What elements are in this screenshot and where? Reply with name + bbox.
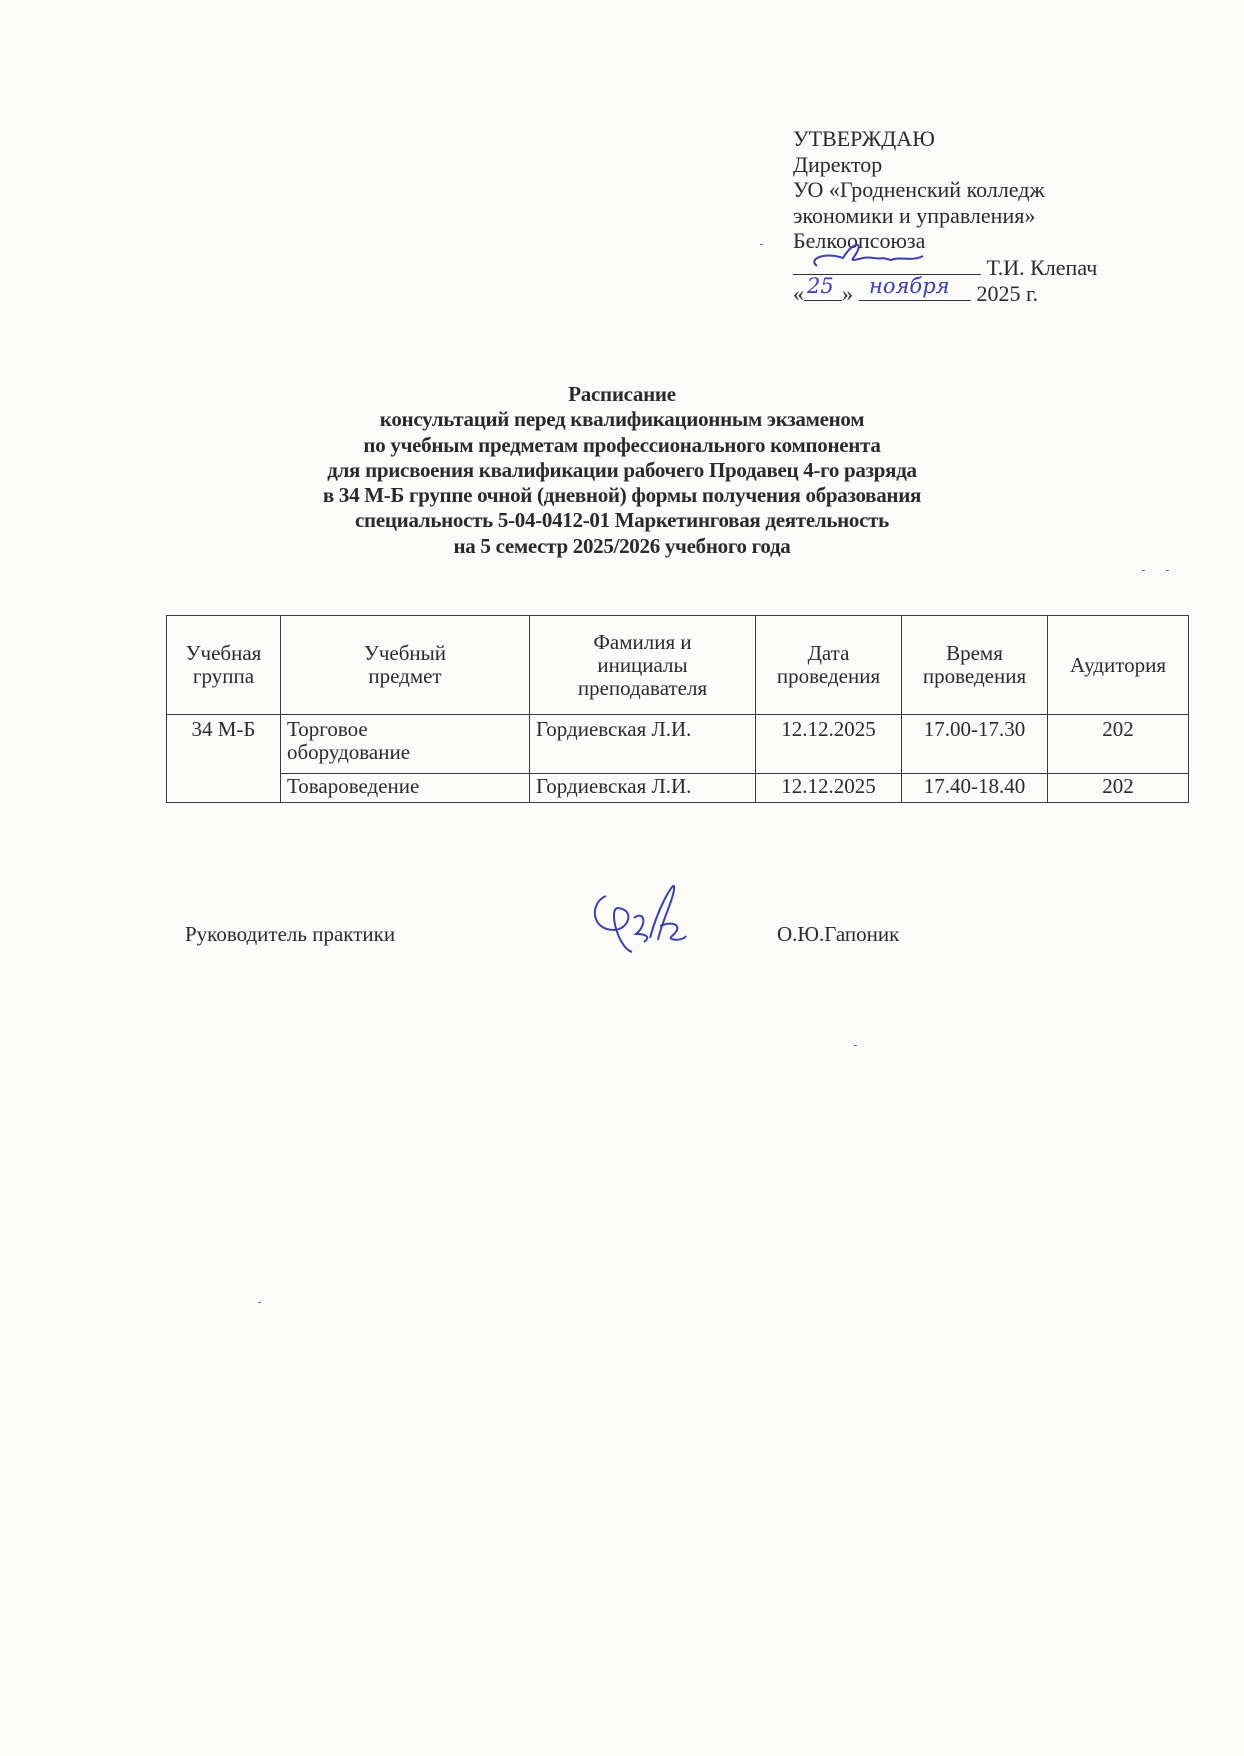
header-text: проведения — [762, 665, 895, 688]
title-line-2: консультаций перед квалификационным экза… — [0, 407, 1244, 432]
month-blank: ноября — [859, 280, 971, 301]
footer-name: О.Ю.Гапоник — [777, 922, 899, 947]
header-text: инициалы — [536, 654, 749, 677]
header-date: Дата проведения — [756, 616, 902, 715]
table-header-row: Учебная группа Учебный предмет Фамилия и… — [167, 616, 1189, 715]
cell-room: 202 — [1048, 774, 1189, 803]
day-blank: 25 — [804, 280, 842, 301]
cell-room: 202 — [1048, 715, 1189, 774]
approval-org-line-2: экономики и управления» — [793, 203, 1097, 229]
title-line-1: Расписание — [0, 382, 1244, 407]
header-text: Дата — [762, 642, 895, 665]
footer-role: Руководитель практики — [185, 922, 395, 947]
header-teacher: Фамилия и инициалы преподавателя — [530, 616, 756, 715]
header-text: Фамилия и — [536, 631, 749, 654]
cell-subject: Торговое оборудование — [281, 715, 530, 774]
signature-blank — [793, 254, 981, 275]
approval-org-line-1: УО «Гродненский колледж — [793, 177, 1097, 203]
date-month-handwritten: ноября — [869, 274, 950, 300]
approval-heading: УТВЕРЖДАЮ — [793, 126, 1097, 152]
cell-time: 17.40-18.40 — [902, 774, 1048, 803]
title-line-3: по учебным предметам профессионального к… — [0, 433, 1244, 458]
document-title: Расписание консультаций перед квалификац… — [0, 382, 1244, 559]
schedule-table: Учебная группа Учебный предмет Фамилия и… — [166, 615, 1189, 803]
cell-group: 34 М-Б — [167, 715, 281, 803]
cell-date: 12.12.2025 — [756, 715, 902, 774]
header-text: преподавателя — [536, 677, 749, 700]
scan-speck — [760, 244, 763, 245]
title-line-7: на 5 семестр 2025/2026 учебного года — [0, 534, 1244, 559]
supervisor-signature-icon — [588, 878, 698, 958]
table-row: Товароведение Гордиевская Л.И. 12.12.202… — [167, 774, 1189, 803]
title-line-6: специальность 5-04-0412-01 Маркетинговая… — [0, 508, 1244, 533]
approval-block: УТВЕРЖДАЮ Директор УО «Гродненский колле… — [793, 126, 1097, 307]
close-quote: » — [842, 281, 853, 306]
header-text: Время — [908, 642, 1041, 665]
scan-speck — [854, 1045, 857, 1046]
scan-speck — [258, 1302, 261, 1303]
header-text: Учебная — [173, 642, 274, 665]
cell-teacher: Гордиевская Л.И. — [530, 774, 756, 803]
cell-date: 12.12.2025 — [756, 774, 902, 803]
cell-time: 17.00-17.30 — [902, 715, 1048, 774]
header-text: Учебный — [287, 642, 523, 665]
title-line-4: для присвоения квалификации рабочего Про… — [0, 458, 1244, 483]
header-room: Аудитория — [1048, 616, 1189, 715]
cell-teacher: Гордиевская Л.И. — [530, 715, 756, 774]
header-text: Аудитория — [1054, 654, 1182, 677]
subject-text: Торговое — [287, 718, 523, 741]
title-line-5: в 34 М-Б группе очной (дневной) формы по… — [0, 483, 1244, 508]
date-day-handwritten: 25 — [807, 274, 834, 300]
header-time: Время проведения — [902, 616, 1048, 715]
header-group: Учебная группа — [167, 616, 281, 715]
open-quote: « — [793, 281, 804, 306]
header-text: предмет — [287, 665, 523, 688]
header-subject: Учебный предмет — [281, 616, 530, 715]
date-year: 2025 г. — [977, 281, 1039, 306]
director-signature-icon — [807, 238, 927, 274]
scan-speck — [1142, 570, 1145, 571]
approval-signatory: Т.И. Клепач — [987, 255, 1098, 280]
approval-position: Директор — [793, 152, 1097, 178]
scan-speck — [1166, 570, 1169, 571]
approval-date-line: «25»ноября 2025 г. — [793, 280, 1097, 307]
header-text: проведения — [908, 665, 1041, 688]
subject-text: оборудование — [287, 741, 523, 764]
header-text: группа — [173, 665, 274, 688]
cell-subject: Товароведение — [281, 774, 530, 803]
table-row: 34 М-Б Торговое оборудование Гордиевская… — [167, 715, 1189, 774]
